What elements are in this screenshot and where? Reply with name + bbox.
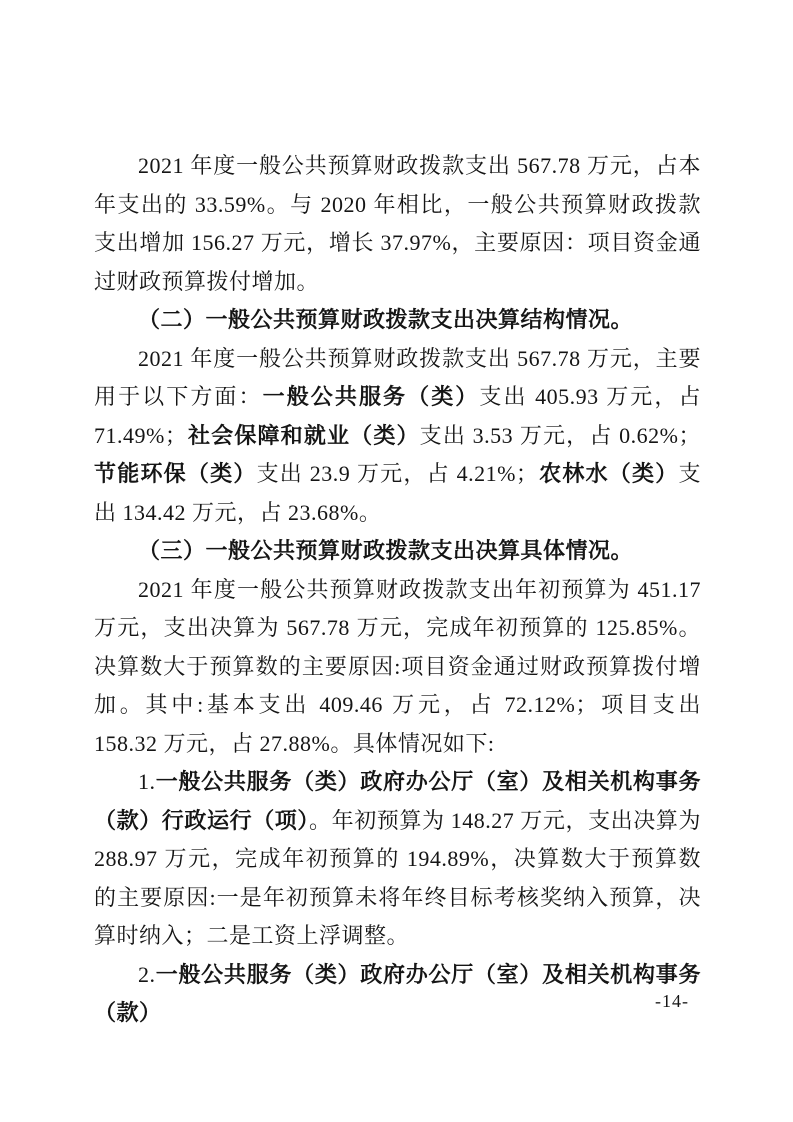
text-run: 2021 年度一般公共预算财政拨款支出年初预算为 451.17 万元，支出决算为… (94, 577, 701, 756)
document-page: 2021 年度一般公共预算财政拨款支出 567.78 万元，占本年支出的 33.… (0, 0, 793, 1122)
paragraph-detail-overview: 2021 年度一般公共预算财政拨款支出年初预算为 451.17 万元，支出决算为… (94, 571, 701, 764)
text-run: 2021 年度一般公共预算财政拨款支出 567.78 万元，占本年支出的 33.… (94, 153, 701, 294)
paragraph-item-1: 1.一般公共服务（类）政府办公厅（室）及相关机构事务（款）行政运行（项）。年初预… (94, 763, 701, 956)
item-number: 1. (138, 769, 156, 794)
item-title-government-office-affairs: 一般公共服务（类）政府办公厅（室）及相关机构事务（款） (94, 962, 701, 1026)
item-number: 2. (138, 962, 156, 987)
category-label-general-public-services: 一般公共服务（类） (263, 384, 480, 409)
category-label-social-security-employment: 社会保障和就业（类） (187, 423, 419, 448)
category-label-agriculture-forestry-water: 农林水（类） (538, 461, 678, 486)
heading-text: （三）一般公共预算财政拨款支出决算具体情况。 (138, 538, 633, 563)
category-label-energy-conservation: 节能环保（类） (94, 461, 257, 486)
paragraph-item-2: 2.一般公共服务（类）政府办公厅（室）及相关机构事务（款） (94, 956, 701, 1033)
text-run: 支出 3.53 万元，占 0.62%； (420, 423, 701, 448)
paragraph-budget-overview: 2021 年度一般公共预算财政拨款支出 567.78 万元，占本年支出的 33.… (94, 147, 701, 301)
heading-section-3: （三）一般公共预算财政拨款支出决算具体情况。 (94, 532, 701, 571)
heading-section-2: （二）一般公共预算财政拨款支出决算结构情况。 (94, 301, 701, 340)
heading-text: （二）一般公共预算财政拨款支出决算结构情况。 (138, 307, 633, 332)
paragraph-expenditure-structure: 2021 年度一般公共预算财政拨款支出 567.78 万元，主要用于以下方面：一… (94, 340, 701, 533)
page-number: -14- (655, 991, 689, 1012)
text-run: 支出 23.9 万元，占 4.21%； (257, 461, 539, 486)
document-body: 2021 年度一般公共预算财政拨款支出 567.78 万元，占本年支出的 33.… (94, 147, 701, 1033)
